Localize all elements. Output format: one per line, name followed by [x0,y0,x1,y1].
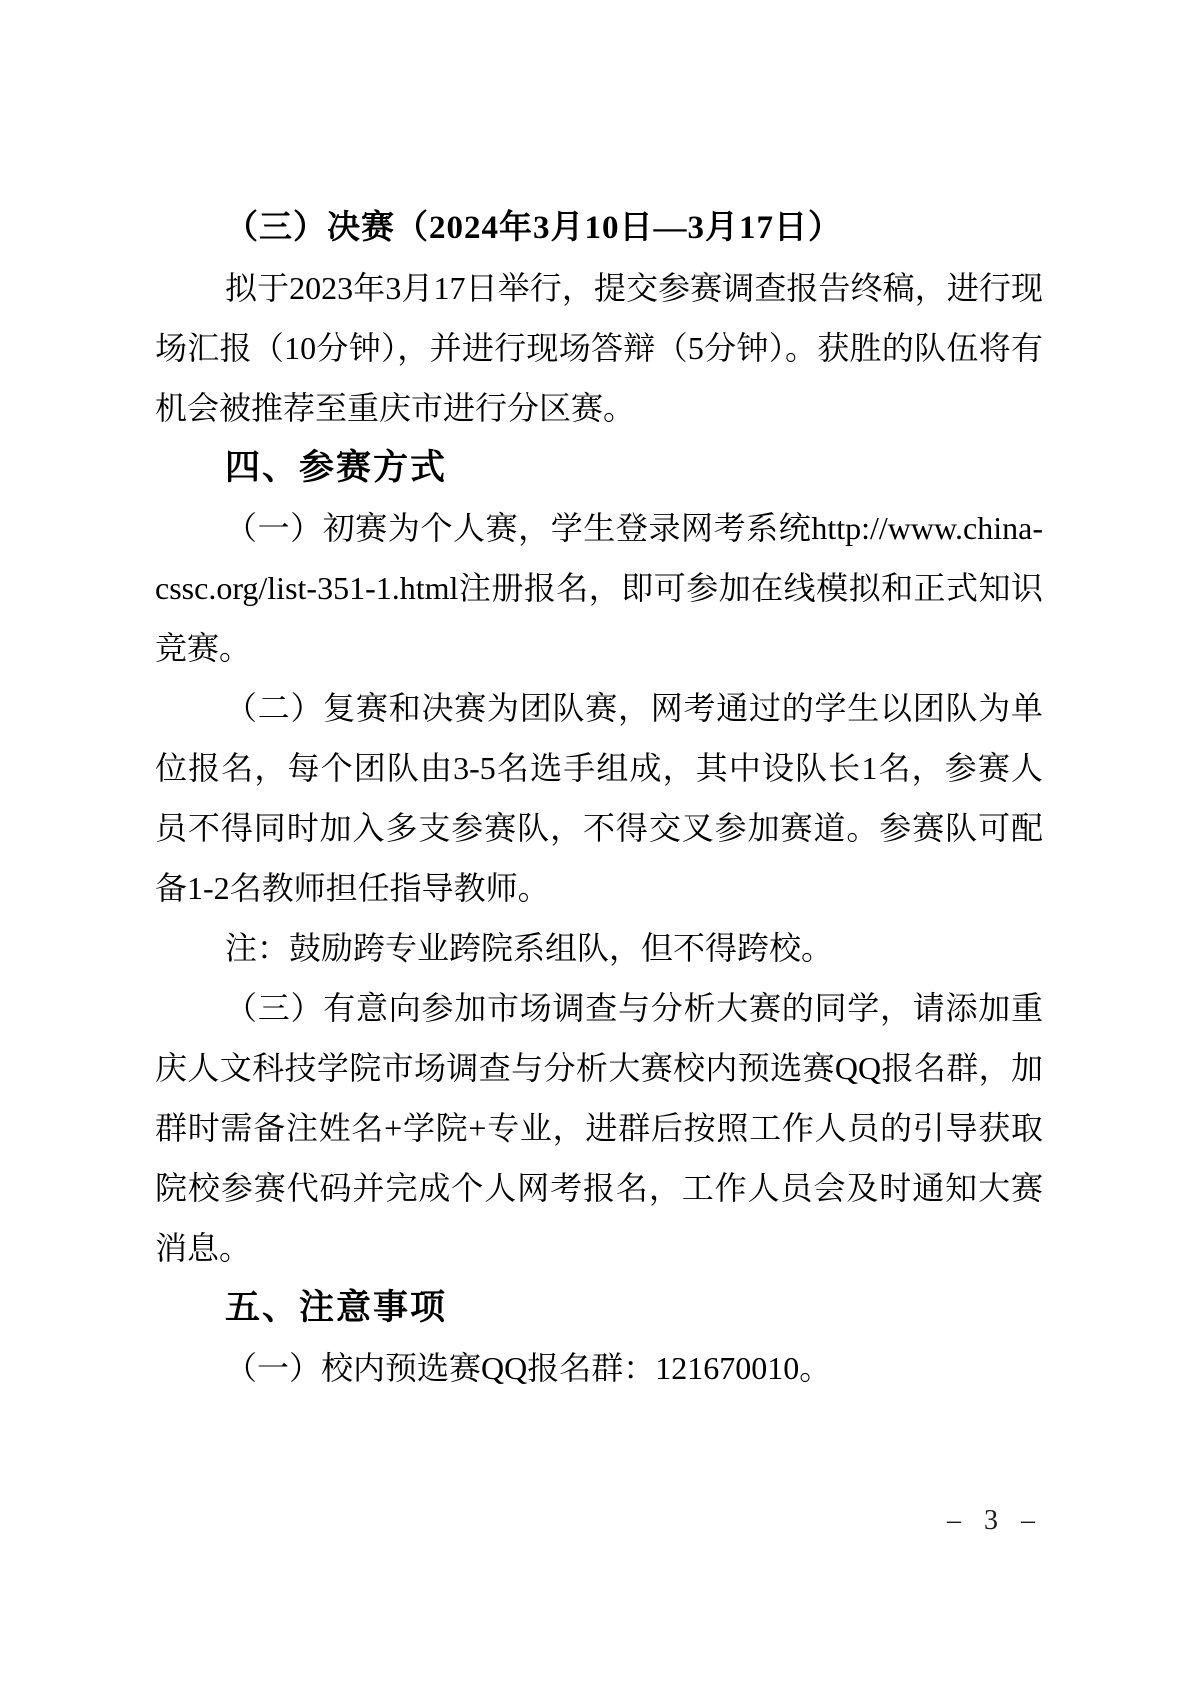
para-participation-note: 注：鼓励跨专业跨院系组队，但不得跨校。 [155,918,1043,978]
para-participation-team: （二）复赛和决赛为团队赛，网考通过的学生以团队为单位报名，每个团队由3-5名选手… [155,678,1043,918]
document-page: （三）决赛（2024年3月10日—3月17日） 拟于2023年3月17日举行，提… [0,0,1191,1684]
document-body: （三）决赛（2024年3月10日—3月17日） 拟于2023年3月17日举行，提… [155,198,1043,1398]
heading-section-participation: 四、参赛方式 [155,438,1043,498]
para-notes-qq-number: （一）校内预选赛QQ报名群：121670010。 [155,1338,1043,1398]
page-number: – 3 – [947,1505,1043,1537]
heading-section-notes: 五、注意事项 [155,1278,1043,1338]
para-final-round-description: 拟于2023年3月17日举行，提交参赛调查报告终稿，进行现场汇报（10分钟），并… [155,258,1043,438]
heading-final-round: （三）决赛（2024年3月10日—3月17日） [155,198,1043,258]
para-participation-qq-group: （三）有意向参加市场调查与分析大赛的同学，请添加重庆人文科技学院市场调查与分析大… [155,978,1043,1278]
para-participation-preliminary: （一）初赛为个人赛，学生登录网考系统http://www.china-cssc.… [155,498,1043,678]
